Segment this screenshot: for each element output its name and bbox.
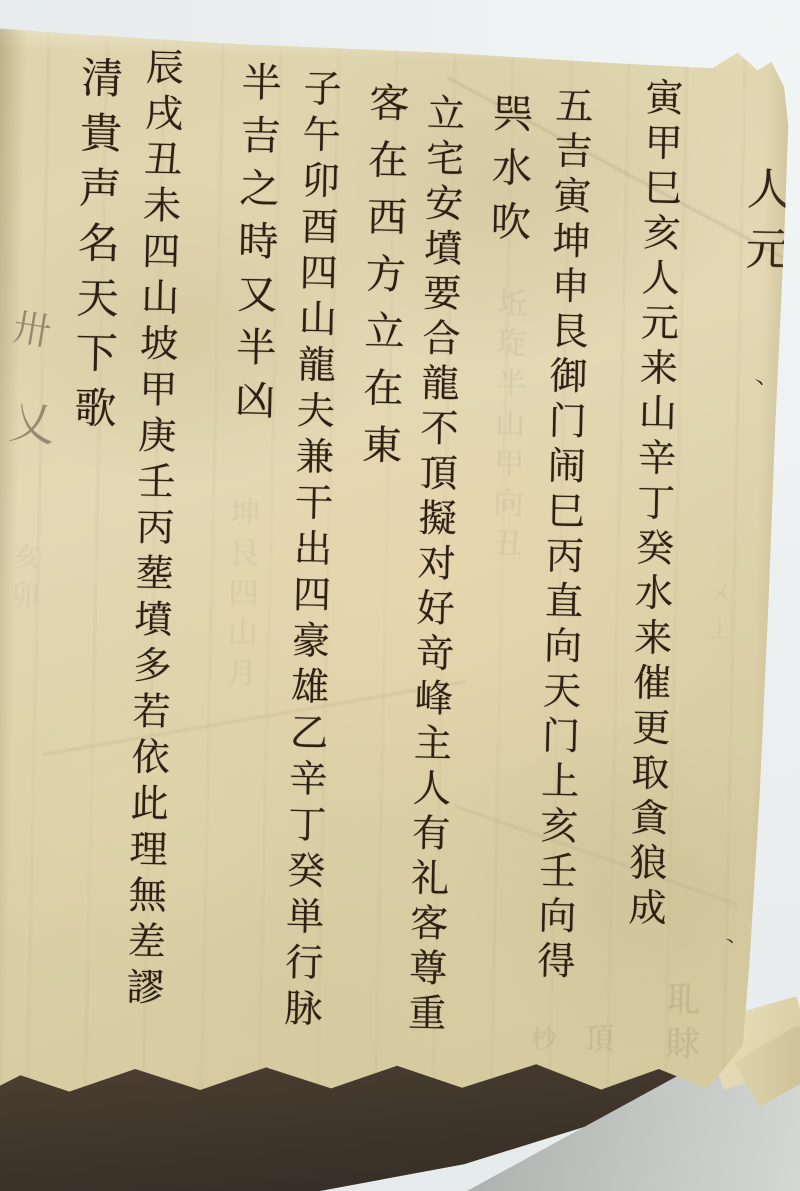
verse-column-1: 寅甲巳亥人元来山辛丁癸水来催更取貪狼成 <box>625 77 681 933</box>
ghost-bleedthrough-text: 耴賕 <box>662 981 698 1070</box>
ink-tick-lower-right: 丶 <box>721 934 739 952</box>
verse-column-5: 客在西方立在東 <box>358 81 406 481</box>
pencil-mark-tally: 卅 <box>10 308 54 352</box>
verse-column-7: 半吉之時又半凶 <box>231 61 279 433</box>
ghost-bleedthrough-text: 杪 <box>528 1025 555 1062</box>
verse-column-4: 立宅安墳要合龍不頂擬对好竒峰主人有礼客尊重 <box>404 93 462 1039</box>
ink-tick-upper-right: 丶 <box>749 374 770 395</box>
paper-crease <box>454 805 738 906</box>
verse-column-8: 辰戌丑未四山坡甲庚壬丙塟墳多若依此理無差謬 <box>123 47 181 1014</box>
verse-column-6: 子午卯酉四山龍夫兼干出四豪雄乙辛丁癸単行脉 <box>280 68 338 1035</box>
verse-column-3: 巺水吹 <box>487 92 530 255</box>
ghost-bleedthrough-text: 㐅丄 <box>705 582 730 650</box>
ghost-bleedthrough-text: 頂 <box>580 1022 611 1063</box>
manuscript-page: 人元 寅甲巳亥人元来山辛丁癸水来催更取貪狼成五吉寅坤申艮御门闹巳丙直向天门上亥壬… <box>0 22 800 1129</box>
verse-column-9: 清貴声名天下歌 <box>71 55 121 441</box>
photo-of-manuscript: 人元 寅甲巳亥人元来山辛丁癸水来催更取貪狼成五吉寅坤申艮御门闹巳丙直向天门上亥壬… <box>0 0 800 1191</box>
ghost-bleedthrough-text: 坤艮四山月 <box>222 497 256 698</box>
ghost-bleedthrough-text: 坵琁半山甲向丑 <box>488 287 524 568</box>
ghost-bleedthrough-text: 亥卯 <box>9 542 39 619</box>
pencil-mark-cross: 乂 <box>7 398 57 448</box>
